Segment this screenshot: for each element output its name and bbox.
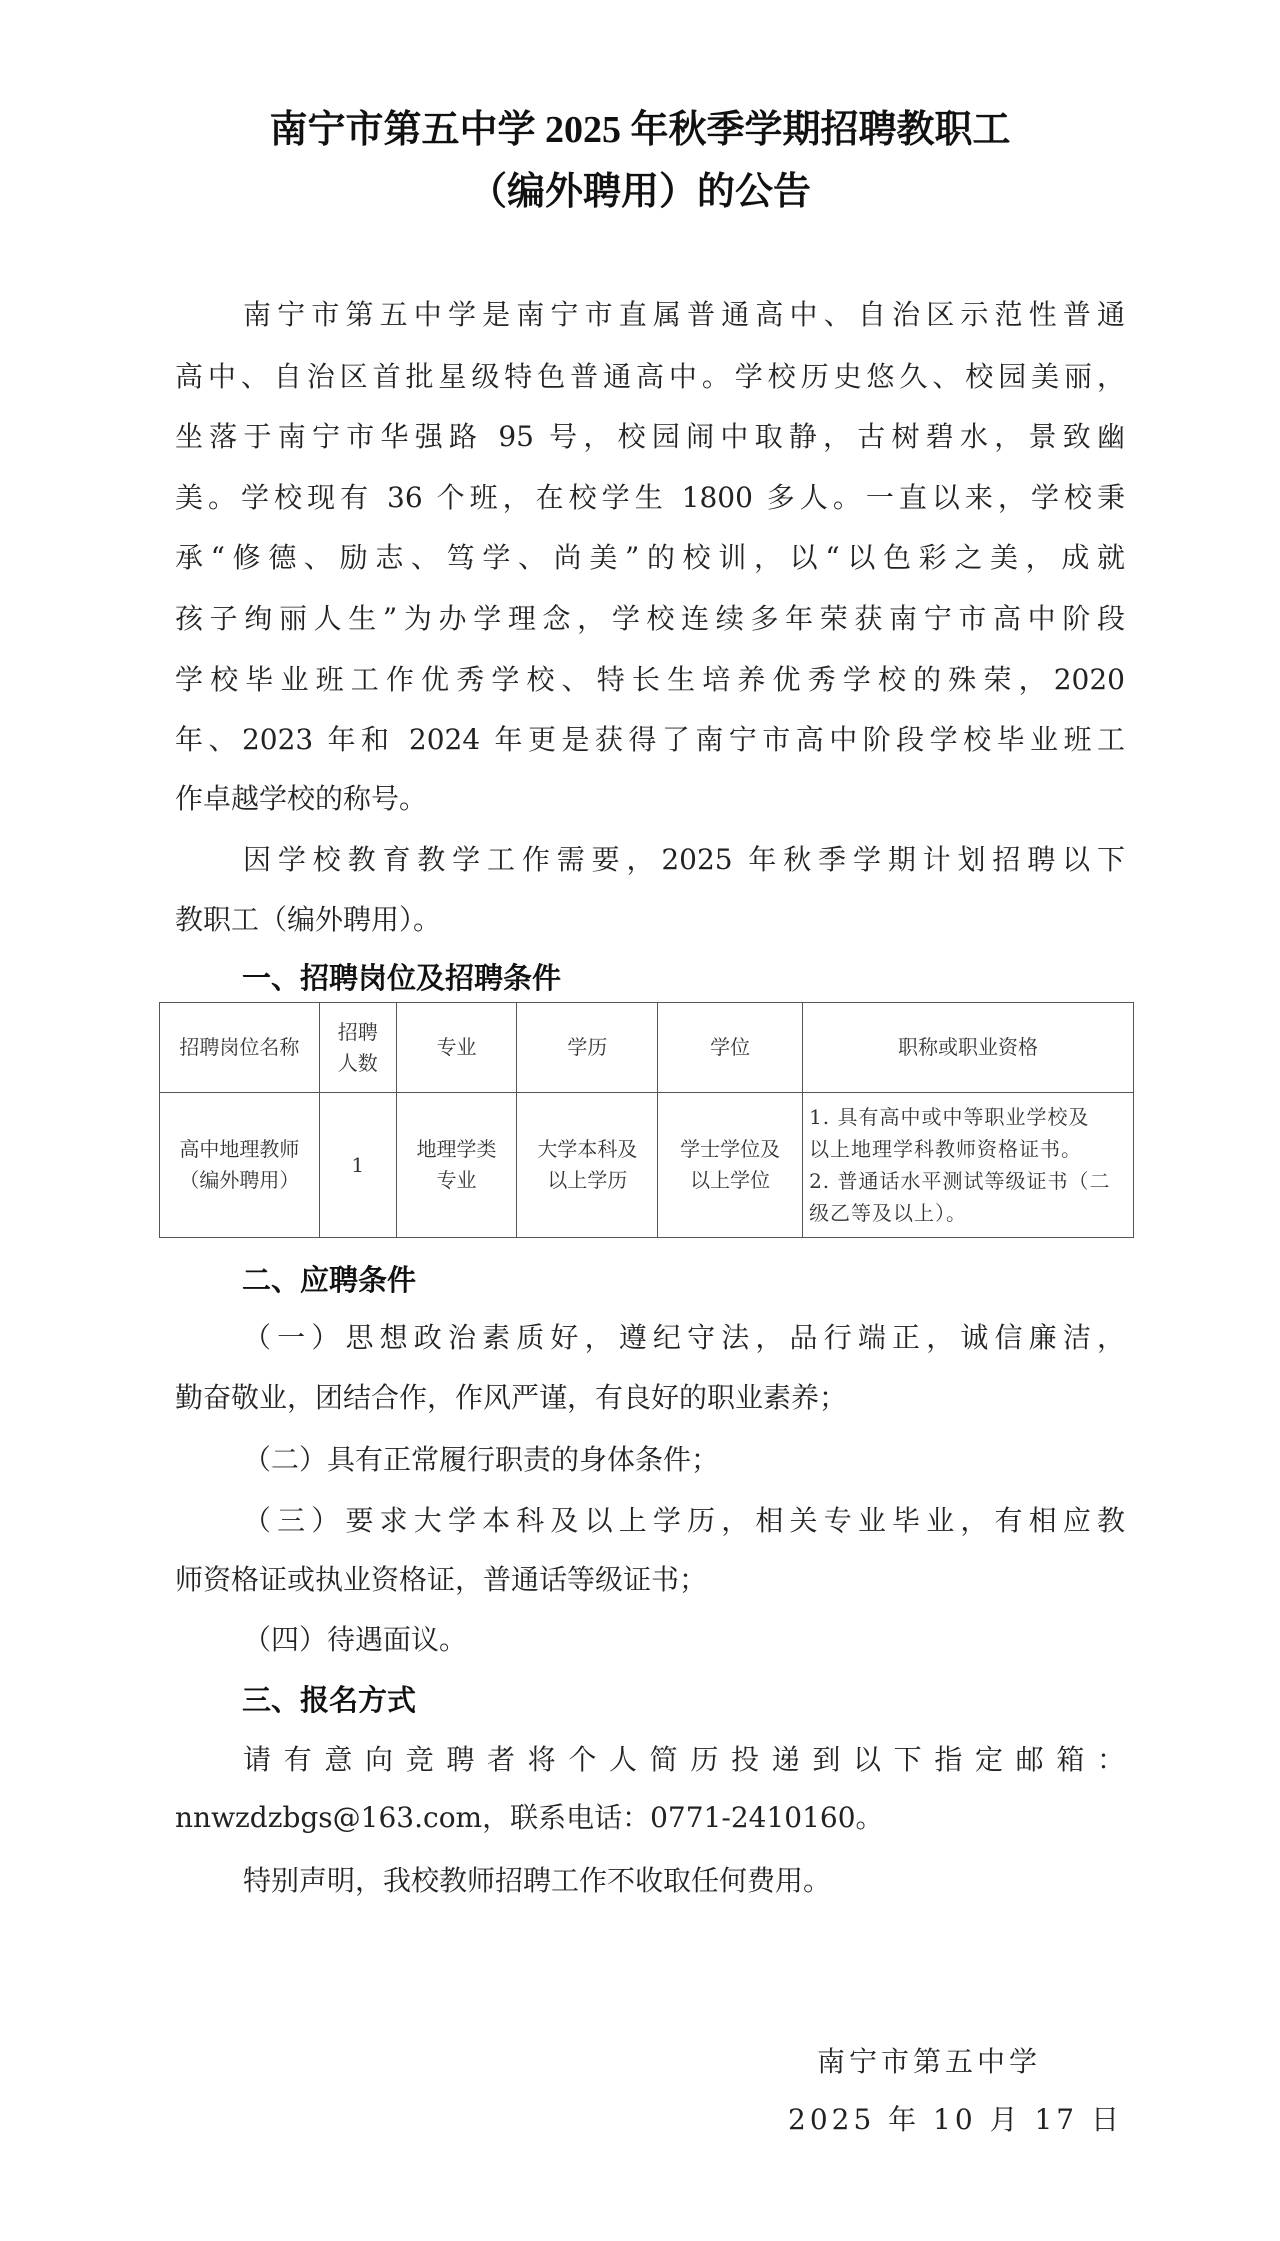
intro-line: 南宁市第五中学是南宁市直属普通高中、自治区示范性普通 [243,295,1125,335]
header-qualification: 职称或职业资格 [803,1003,1134,1093]
intro-line: 高中、自治区首批星级特色普通高中。学校历史悠久、校园美丽， [175,357,1125,397]
cell-line: 大学本科及 [523,1134,651,1165]
document-title-line-1: 南宁市第五中学 2025 年秋季学期招聘教职工 [0,107,1280,153]
requirement-item-4-line: （四）待遇面议。 [243,1620,1125,1660]
contact-line: nnwzdzbgs@163.com，联系电话：0771-2410160。 [175,1798,1125,1838]
cell-line: 专业 [403,1165,511,1196]
header-headcount-line: 人数 [326,1048,390,1079]
requirement-item-2-line: （二）具有正常履行职责的身体条件； [243,1440,1125,1480]
document-title-line-2: （编外聘用）的公告 [0,169,1280,215]
intro-line: 作卓越学校的称号。 [175,779,1125,819]
intro-line: 孩子绚丽人生”为办学理念，学校连续多年荣获南宁市高中阶段 [175,599,1125,639]
cell-position-name: 高中地理教师 （编外聘用） [160,1093,320,1238]
application-line: 请有意向竞聘者将个人简历投递到以下指定邮箱： [243,1740,1125,1780]
signature-date: 2025 年 10 月 17 日 [788,2100,1123,2140]
cell-line: 以上学历 [523,1165,651,1196]
cell-major: 地理学类 专业 [396,1093,517,1238]
purpose-line: 因学校教育教学工作需要，2025 年秋季学期计划招聘以下 [243,840,1125,880]
requirement-item-3-line: 师资格证或执业资格证，普通话等级证书； [175,1560,1125,1600]
fee-notice: 特别声明，我校教师招聘工作不收取任何费用。 [243,1861,1125,1901]
cell-line: 以上地理学科教师资格证书。 [809,1133,1127,1165]
cell-headcount: 1 [319,1093,396,1238]
requirement-item-3-line: （三）要求大学本科及以上学历，相关专业毕业，有相应教 [243,1501,1125,1541]
cell-line: 学士学位及 [664,1134,796,1165]
intro-line: 坐落于南宁市华强路 95 号，校园闹中取静，古树碧水，景致幽 [175,417,1125,457]
intro-line: 年、2023 年和 2024 年更是获得了南宁市高中阶段学校毕业班工 [175,720,1125,760]
requirement-item-1-line: 勤奋敬业，团结合作，作风严谨，有良好的职业素养； [175,1378,1125,1418]
table-row: 高中地理教师 （编外聘用） 1 地理学类 专业 大学本科及 以上学历 学士学位及… [160,1093,1134,1238]
positions-table: 招聘岗位名称 招聘 人数 专业 学历 学位 职称或职业资格 高中地理教师 （编外… [159,1002,1134,1238]
header-headcount: 招聘 人数 [319,1003,396,1093]
cell-line: 级乙等及以上）。 [809,1197,1127,1229]
cell-line: 以上学位 [664,1165,796,1196]
section-heading-requirements: 二、应聘条件 [242,1260,416,1300]
intro-line: 美。学校现有 36 个班，在校学生 1800 多人。一直以来，学校秉 [175,478,1125,518]
cell-degree: 学士学位及 以上学位 [658,1093,803,1238]
intro-line: 承“修德、励志、笃学、尚美”的校训，以“以色彩之美，成就 [175,538,1125,578]
cell-education: 大学本科及 以上学历 [517,1093,658,1238]
cell-line: 地理学类 [403,1134,511,1165]
signature-organization: 南宁市第五中学 [817,2042,1041,2082]
cell-line: （编外聘用） [166,1165,313,1196]
purpose-line: 教职工（编外聘用）。 [175,900,1125,940]
header-headcount-line: 招聘 [326,1017,390,1048]
cell-qualification: 1. 具有高中或中等职业学校及 以上地理学科教师资格证书。 2. 普通话水平测试… [803,1093,1134,1238]
header-degree: 学位 [658,1003,803,1093]
section-heading-application: 三、报名方式 [242,1680,416,1720]
intro-line: 学校毕业班工作优秀学校、特长生培养优秀学校的殊荣，2020 [175,660,1125,700]
table-header-row: 招聘岗位名称 招聘 人数 专业 学历 学位 职称或职业资格 [160,1003,1134,1093]
cell-line: 1. 具有高中或中等职业学校及 [809,1101,1127,1133]
section-heading-positions: 一、招聘岗位及招聘条件 [242,958,561,998]
cell-line: 2. 普通话水平测试等级证书（二 [809,1165,1127,1197]
cell-line: 高中地理教师 [166,1134,313,1165]
header-major: 专业 [396,1003,517,1093]
header-position-name: 招聘岗位名称 [160,1003,320,1093]
header-education: 学历 [517,1003,658,1093]
requirement-item-1-line: （一）思想政治素质好，遵纪守法，品行端正，诚信廉洁， [243,1318,1125,1358]
